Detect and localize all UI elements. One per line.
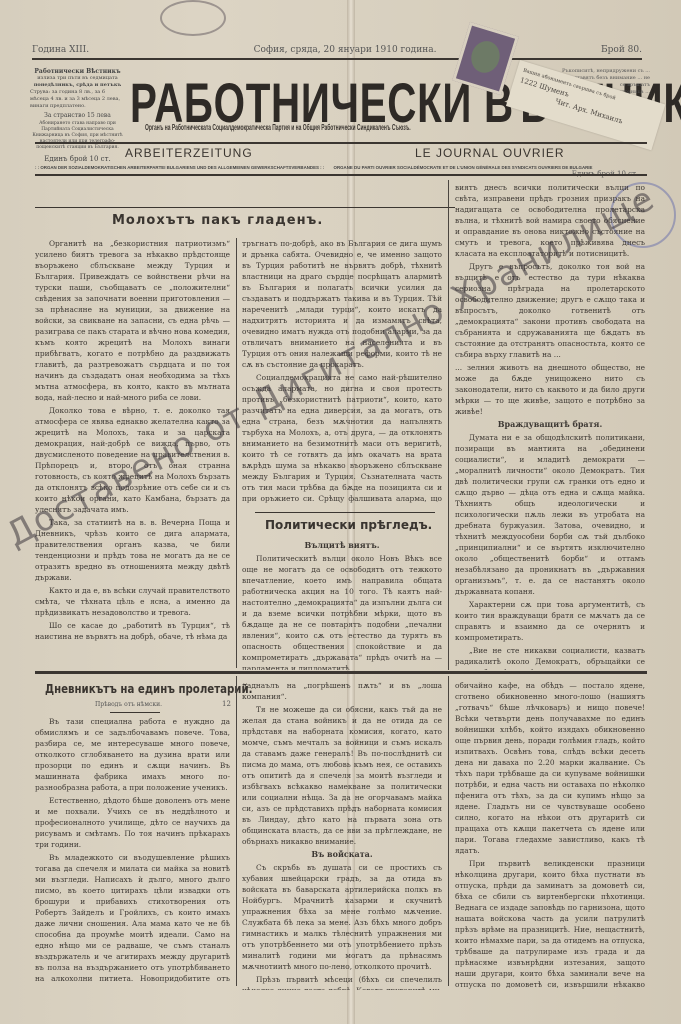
paragraph: Шо се касае до „работитѣ въ Турция“, тѣ … [35,620,230,642]
subscription-title: Работнически Вѣстникъ [30,68,125,75]
paragraph: При първитѣ великденски празници нѣколци… [455,858,645,990]
postmark-stamp [160,0,226,36]
diary-installment-number: 12 [222,700,231,708]
paragraph: паднаълъ на „погрѣшенъ пѫть“ и въ „лоша … [242,680,442,702]
section-divider-rule [35,671,647,674]
paragraph: Естественно, дѣдото бѣше доволенъ отъ ме… [35,795,230,850]
headline-rule [35,207,455,208]
subscription-line: Абонирането става направо при Партийната… [30,121,125,151]
diary-column-1: Въ тази специална работа е нуждно да обм… [35,716,230,986]
paragraph: Както и да е, въ всѣки случай правителст… [35,585,230,618]
subscription-line: За странство 15 лева [30,112,125,119]
paragraph: Политическитѣ вълци около Новъ Вѣкъ все … [242,553,442,670]
paragraph: Въ младежкото си въодушевление рѣшихъ то… [35,852,230,986]
section-rule [255,512,435,513]
column-divider [448,180,449,670]
political-review-headline: Политически прѣгледъ. [265,518,432,532]
column-divider [236,676,237,986]
paragraph: Тя не можеше да си обясни, какъ тъй да н… [242,704,442,847]
paragraph: ... зелния животъ на днешното общество, … [455,362,645,417]
paragraph: обичайно кафе, на обѣдъ — постало ядене,… [455,680,645,856]
language-subtitles: : : ORGAN DER SOZIALDEMOKRATISCHEN ARBEI… [35,165,647,170]
french-subtitle: ORGANE DU PARTI OUVRIER SOCIALDÉMOCRATE … [334,165,593,170]
newspaper-subtitle: Органъ на Работническата Социалдемократи… [145,123,393,132]
moloch-headline: Молохътъ пакъ гладенъ. [112,213,323,228]
column-divider [236,238,237,668]
french-title: LE JOURNAL OUVRIER [415,146,565,160]
issue-price: Единъ брой 10 ст. [30,156,125,163]
date-label: София, сряда, 20 януари 1910 година. [254,45,437,55]
lang-top-rule [35,142,647,144]
diary-column-2: паднаълъ на „погрѣшенъ пѫть“ и въ „лоша … [242,680,442,990]
issue-label: Брой 80. [601,45,642,55]
political-review-column: Вълцитѣ виятъ. Политическитѣ вълци около… [242,540,442,670]
small-rule [110,712,160,713]
paragraph: Органитѣ на „безкористния патриотизмъ“ у… [35,238,230,403]
subscription-line: понедѣлникъ, срѣда и петъкъ [30,82,125,89]
political-review-subtitle: Вълцитѣ виятъ. [242,540,442,551]
masthead-top-rule [32,58,642,60]
german-title: ARBEITERZEITUNG [125,146,253,160]
army-subtitle: Въ войската. [242,849,442,860]
paragraph: Характерни сѫ при това аргументитѣ, съ к… [455,599,645,643]
diary-headline: Дневникътъ на единъ пролетарий. [45,682,252,696]
paragraph: Думата ни е за общодѣлскитѣ политикани, … [455,432,645,597]
paragraph: „Вие не сте никакви социалисти, казватъ … [455,645,645,670]
paragraph: Въ тази специална работа е нуждно да обм… [35,716,230,793]
dateline-bar: Година XIII. София, сряда, 20 януари 191… [32,45,642,55]
subscription-line: Струва: за година 8 лв., за 6 мѣсеца 4 л… [30,89,125,110]
lang-bottom-rule [35,174,647,176]
subscription-line: излиза три пъти въ седмицата [30,75,125,82]
paragraph: Съ скръбь въ душата си се простихъ съ ху… [242,862,442,972]
subscription-box: Работнически Вѣстникъ излиза три пъти въ… [30,68,125,163]
diary-column-3: обичайно кафе, на обѣдъ — постало ядене,… [455,680,645,990]
column-divider [448,676,449,986]
stamp-portrait [467,38,503,77]
year-label: Година XIII. [32,45,89,55]
diary-translation-note: Прѣводъ отъ нѣмски. [95,701,162,708]
newspaper-page: Година XIII. София, сряда, 20 януари 191… [0,0,681,1024]
paragraph: Прѣзъ първитѣ мѣсеци (бѣхъ си спечелилъ … [242,974,442,990]
german-subtitle: : : ORGAN DER SOZIALDEMOKRATISCHEN ARBEI… [35,165,324,170]
hostile-brothers-subtitle: Враждуващитѣ братя. [455,419,645,430]
